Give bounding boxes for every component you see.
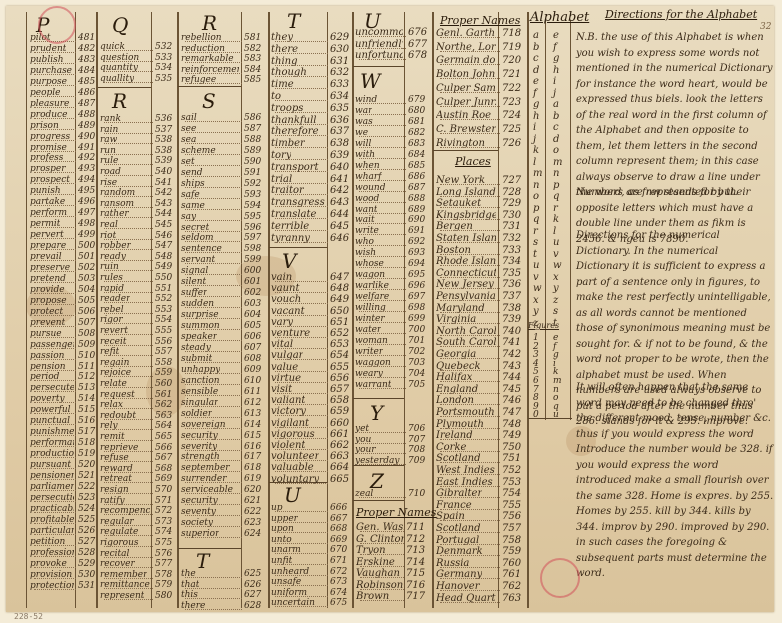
- cipher-letter: c: [553, 122, 559, 134]
- leader-dots: [185, 200, 242, 210]
- leader-dots: [34, 415, 76, 425]
- leader-dots: [34, 382, 76, 392]
- leader-dots: [440, 442, 500, 452]
- code-number: 759: [502, 546, 521, 558]
- code-number: 719: [502, 42, 521, 54]
- section-divider: [353, 398, 404, 399]
- code-number: 745: [502, 384, 521, 396]
- section-header-t2: T: [287, 10, 300, 32]
- plain-letter: t: [533, 249, 537, 261]
- leader-dots: [104, 505, 153, 515]
- leader-dots: [275, 115, 328, 125]
- code-number: 738: [502, 303, 521, 315]
- leader-dots: [34, 426, 76, 436]
- code-number: 753: [502, 477, 521, 489]
- leader-dots: [440, 279, 500, 289]
- leader-dots: [104, 537, 153, 547]
- leader-dots: [275, 384, 328, 394]
- leader-dots: [34, 492, 76, 502]
- code-number: 641: [330, 174, 349, 186]
- cipher-letter: v: [553, 249, 559, 261]
- leader-dots: [104, 367, 153, 377]
- leader-dots: [185, 123, 242, 133]
- code-number: 662: [330, 440, 349, 452]
- leader-dots: [185, 211, 242, 221]
- leader-dots: [104, 410, 153, 420]
- code-number: 630: [330, 44, 349, 56]
- leader-dots: [275, 162, 328, 172]
- cipher-letter: q: [553, 191, 559, 203]
- leader-dots: [34, 87, 76, 97]
- leader-dots: [440, 465, 500, 475]
- code-number: 728: [502, 187, 521, 199]
- leader-dots: [440, 558, 500, 568]
- code-number: 737: [502, 291, 521, 303]
- leader-dots: [275, 272, 328, 282]
- leader-dots: [440, 372, 500, 382]
- leader-dots: [359, 94, 406, 104]
- column-rule: [268, 12, 270, 608]
- code-number: 720: [502, 55, 521, 67]
- code-number: 678: [408, 50, 427, 62]
- leader-dots: [359, 50, 406, 60]
- leader-dots: [185, 189, 242, 199]
- section-header-r: R: [112, 90, 127, 112]
- leader-dots: [185, 364, 242, 374]
- code-number: 756: [502, 511, 521, 523]
- leader-dots: [275, 67, 328, 77]
- code-number: 660: [330, 418, 349, 430]
- leader-dots: [275, 103, 328, 113]
- leader-dots: [34, 229, 76, 239]
- code-number: 634: [330, 91, 349, 103]
- leader-dots: [275, 534, 328, 544]
- cipher-letter: f: [553, 42, 557, 54]
- leader-dots: [185, 484, 242, 494]
- leader-dots: [104, 145, 153, 155]
- cipher-letter: m: [553, 157, 562, 169]
- leader-dots: [34, 514, 76, 524]
- leader-dots: [34, 481, 76, 491]
- code-number: 628: [244, 600, 261, 612]
- cipher-letter: r: [553, 203, 558, 215]
- leader-dots: [34, 569, 76, 579]
- column-rule: [177, 12, 179, 608]
- leader-dots: [359, 105, 406, 115]
- cipher-letter: e: [553, 30, 559, 42]
- leader-dots: [440, 221, 500, 231]
- leader-dots: [440, 175, 500, 185]
- section-divider: [178, 548, 241, 549]
- section-divider: [98, 87, 151, 88]
- leader-dots: [359, 335, 406, 345]
- leader-dots: [104, 261, 153, 271]
- code-number: 656: [330, 373, 349, 385]
- leader-dots: [185, 419, 242, 429]
- leader-dots: [104, 124, 153, 134]
- plain-letter: g: [533, 99, 539, 111]
- code-number: 653: [330, 339, 349, 351]
- code-number: 754: [502, 488, 521, 500]
- code-number: 585: [244, 74, 261, 86]
- code-number: 640: [330, 162, 349, 174]
- cipher-letter: u: [553, 237, 559, 249]
- leader-dots: [185, 276, 242, 286]
- code-number: 732: [502, 233, 521, 245]
- leader-dots: [104, 304, 153, 314]
- plain-letter: b: [533, 42, 539, 54]
- column-rule: [570, 20, 571, 420]
- leader-dots: [185, 600, 242, 610]
- leader-dots: [359, 193, 406, 203]
- code-number: 710: [408, 488, 425, 500]
- code-number: 676: [408, 27, 427, 39]
- leader-dots: [34, 393, 76, 403]
- leader-dots: [185, 353, 242, 363]
- leader-dots: [185, 64, 242, 74]
- code-number: 709: [408, 455, 425, 467]
- leader-dots: [359, 291, 406, 301]
- leader-dots: [34, 131, 76, 141]
- code-number: 741: [502, 337, 521, 349]
- leader-dots: [34, 361, 76, 371]
- leader-dots: [359, 27, 406, 37]
- section-header-places: Places: [455, 155, 491, 168]
- leader-dots: [275, 91, 328, 101]
- code-number: 631: [330, 56, 349, 68]
- leader-dots: [185, 408, 242, 418]
- leader-dots: [185, 320, 242, 330]
- leader-dots: [104, 579, 153, 589]
- leader-dots: [359, 313, 406, 323]
- leader-dots: [275, 597, 328, 607]
- leader-dots: [440, 138, 500, 148]
- leader-dots: [360, 534, 404, 544]
- leader-dots: [104, 62, 153, 72]
- alphabet-title: Alphabet: [530, 10, 589, 25]
- leader-dots: [275, 587, 328, 597]
- leader-dots: [104, 187, 153, 197]
- leader-dots: [104, 230, 153, 240]
- leader-dots: [440, 407, 500, 417]
- leader-dots: [275, 317, 328, 327]
- leader-dots: [34, 503, 76, 513]
- leader-dots: [104, 420, 153, 430]
- cipher-letter: i: [553, 76, 556, 88]
- leader-dots: [359, 324, 406, 334]
- code-number: 729: [502, 198, 521, 210]
- leader-dots: [34, 251, 76, 261]
- code-number: 665: [330, 474, 349, 486]
- leader-dots: [34, 152, 76, 162]
- leader-dots: [440, 546, 500, 556]
- leader-dots: [440, 28, 500, 38]
- code-number: 636: [330, 115, 349, 127]
- leader-dots: [275, 555, 328, 565]
- code-number: 750: [502, 442, 521, 454]
- leader-dots: [104, 452, 153, 462]
- cipher-letter: g: [553, 53, 559, 65]
- plain-letter: q: [533, 214, 539, 226]
- leader-dots: [275, 56, 328, 66]
- leader-dots: [34, 306, 76, 316]
- section-header-proper-names-2: Proper Names: [440, 14, 520, 27]
- leader-dots: [275, 350, 328, 360]
- code-number: 760: [502, 558, 521, 570]
- code-number: 647: [330, 272, 349, 284]
- leader-dots: [104, 558, 153, 568]
- leader-dots: [34, 185, 76, 195]
- leader-dots: [275, 294, 328, 304]
- plain-letter: p: [533, 203, 539, 215]
- leader-dots: [185, 495, 242, 505]
- directions-paragraph-1: N.B. the use of this Alphabet is when yo…: [576, 30, 774, 201]
- leader-dots: [104, 357, 153, 367]
- cipher-letter: x: [553, 272, 559, 284]
- leader-dots: [440, 337, 500, 347]
- leader-dots: [34, 547, 76, 557]
- leader-dots: [185, 342, 242, 352]
- leader-dots: [275, 440, 328, 450]
- leader-dots: [275, 185, 328, 195]
- section-divider: [353, 500, 404, 501]
- leader-dots: [104, 272, 153, 282]
- code-number: 648: [330, 283, 349, 295]
- leader-dots: [104, 314, 153, 324]
- leader-dots: [359, 160, 406, 170]
- leader-dots: [440, 430, 500, 440]
- plain-letter: h: [533, 111, 539, 123]
- leader-dots: [34, 98, 76, 108]
- leader-dots: [359, 488, 406, 498]
- leader-dots: [34, 218, 76, 228]
- leader-dots: [359, 269, 406, 279]
- leader-dots: [185, 528, 242, 538]
- leader-dots: [34, 142, 76, 152]
- leader-dots: [275, 513, 328, 523]
- code-number: 717: [406, 591, 425, 603]
- code-number: 633: [330, 79, 349, 91]
- code-number: 761: [502, 569, 521, 581]
- cipher-letter: k: [553, 214, 559, 226]
- code-number: 650: [330, 306, 349, 318]
- leader-dots: [34, 262, 76, 272]
- code-number: 677: [408, 39, 427, 51]
- cipher-letter: s: [553, 306, 558, 318]
- leader-dots: [185, 112, 242, 122]
- leader-dots: [185, 145, 242, 155]
- leader-dots: [185, 309, 242, 319]
- leader-dots: [104, 73, 153, 83]
- leader-dots: [359, 302, 406, 312]
- leader-dots: [359, 182, 406, 192]
- plain-letter: c: [533, 53, 539, 65]
- leader-dots: [275, 328, 328, 338]
- code-number: 531: [78, 580, 95, 592]
- leader-dots: [275, 406, 328, 416]
- leader-dots: [359, 444, 406, 454]
- section-divider: [269, 247, 327, 248]
- section-header-q: Q: [112, 14, 128, 36]
- leader-dots: [359, 368, 406, 378]
- leader-dots: [34, 470, 76, 480]
- leader-dots: [34, 120, 76, 130]
- leader-dots: [360, 557, 404, 567]
- code-number: 642: [330, 185, 349, 197]
- leader-dots: [34, 109, 76, 119]
- code-number: 749: [502, 430, 521, 442]
- leader-dots: [34, 174, 76, 184]
- leader-dots: [359, 455, 406, 465]
- leader-dots: [185, 243, 242, 253]
- leader-dots: [34, 459, 76, 469]
- leader-dots: [360, 580, 404, 590]
- code-number: 654: [330, 350, 349, 362]
- code-number: 645: [330, 221, 349, 233]
- leader-dots: [104, 52, 153, 62]
- leader-dots: [440, 349, 500, 359]
- code-number: 646: [330, 233, 349, 245]
- leader-dots: [104, 198, 153, 208]
- leader-dots: [359, 138, 406, 148]
- leader-dots: [275, 339, 328, 349]
- cipher-letter: w: [553, 260, 562, 272]
- cipher-letter: y: [553, 283, 559, 295]
- section-header-r2: R: [202, 12, 217, 34]
- leader-dots: [104, 442, 153, 452]
- code-number: 748: [502, 419, 521, 431]
- plain-letter: j: [533, 134, 536, 146]
- leader-dots: [440, 245, 500, 255]
- leader-dots: [275, 233, 328, 243]
- column-rule: [545, 20, 546, 420]
- code-number: 736: [502, 279, 521, 291]
- code-number: 734: [502, 256, 521, 268]
- code-number: 721: [502, 69, 521, 81]
- leader-dots: [34, 317, 76, 327]
- code-number: 629: [330, 32, 349, 44]
- leader-dots: [185, 589, 242, 599]
- code-number: 716: [406, 580, 425, 592]
- leader-dots: [104, 219, 153, 229]
- leader-dots: [440, 453, 500, 463]
- code-number: 751: [502, 453, 521, 465]
- leader-dots: [440, 110, 500, 120]
- code-number: 652: [330, 328, 349, 340]
- code-number: 742: [502, 349, 521, 361]
- code-number: 735: [502, 268, 521, 280]
- code-number: 723: [502, 97, 521, 109]
- section-divider: [353, 66, 404, 67]
- leader-dots: [104, 389, 153, 399]
- leader-dots: [440, 187, 500, 197]
- leader-dots: [440, 69, 500, 79]
- leader-dots: [185, 298, 242, 308]
- code-number: 763: [502, 593, 521, 605]
- leader-dots: [359, 379, 406, 389]
- code-number: 655: [330, 362, 349, 374]
- code-number: 758: [502, 535, 521, 547]
- leader-dots: [185, 462, 242, 472]
- code-number: 635: [330, 103, 349, 115]
- leader-dots: [34, 54, 76, 64]
- leader-dots: [104, 548, 153, 558]
- leader-dots: [185, 473, 242, 483]
- code-number: 762: [502, 581, 521, 593]
- leader-dots: [104, 463, 153, 473]
- leader-dots: [440, 83, 500, 93]
- leader-dots: [185, 53, 242, 63]
- leader-dots: [104, 325, 153, 335]
- leader-dots: [104, 569, 153, 579]
- code-number: 747: [502, 407, 521, 419]
- directions-title: Directions for the Alphabet: [605, 8, 757, 21]
- leader-dots: [275, 502, 328, 512]
- leader-dots: [275, 373, 328, 383]
- section-header-w: W: [360, 70, 381, 92]
- code-number: 740: [502, 326, 521, 338]
- leader-dots: [359, 116, 406, 126]
- leader-dots: [440, 569, 500, 579]
- code-number: 644: [330, 209, 349, 221]
- leader-dots: [360, 522, 404, 532]
- leader-dots: [440, 256, 500, 266]
- leader-dots: [440, 511, 500, 521]
- leader-dots: [104, 484, 153, 494]
- catalog-number: 228-52: [14, 612, 43, 621]
- leader-dots: [440, 124, 500, 134]
- leader-dots: [34, 371, 76, 381]
- code-number: 712: [406, 534, 425, 546]
- code-number: 624: [244, 528, 261, 540]
- code-number: 632: [330, 67, 349, 79]
- leader-dots: [185, 222, 242, 232]
- leader-dots: [440, 97, 500, 107]
- leader-dots: [275, 174, 328, 184]
- plain-letter: w: [533, 283, 542, 295]
- code-number: 711: [406, 522, 425, 534]
- leader-dots: [104, 208, 153, 218]
- code-number: 727: [502, 175, 521, 187]
- leader-dots: [104, 41, 153, 51]
- leader-dots: [275, 209, 328, 219]
- leader-dots: [34, 273, 76, 283]
- leader-dots: [34, 437, 76, 447]
- plain-letter: d: [533, 65, 539, 77]
- cipher-letter: j: [553, 88, 556, 100]
- plain-letter: r: [533, 226, 538, 238]
- code-number: 757: [502, 523, 521, 535]
- code-number: 714: [406, 557, 425, 569]
- plain-letter: u: [533, 260, 539, 272]
- leader-dots: [359, 225, 406, 235]
- section-header-v: V: [282, 250, 296, 272]
- leader-dots: [104, 526, 153, 536]
- column-rule: [26, 12, 27, 608]
- leader-dots: [359, 357, 406, 367]
- leader-dots: [34, 404, 76, 414]
- code-number: 744: [502, 372, 521, 384]
- leader-dots: [34, 328, 76, 338]
- leader-dots: [440, 326, 500, 336]
- leader-dots: [275, 221, 328, 231]
- code-number: 726: [502, 138, 521, 150]
- cipher-letter: h: [553, 65, 559, 77]
- leader-dots: [440, 535, 500, 545]
- column-rule: [527, 12, 529, 608]
- leader-dots: [440, 314, 500, 324]
- leader-dots: [440, 488, 500, 498]
